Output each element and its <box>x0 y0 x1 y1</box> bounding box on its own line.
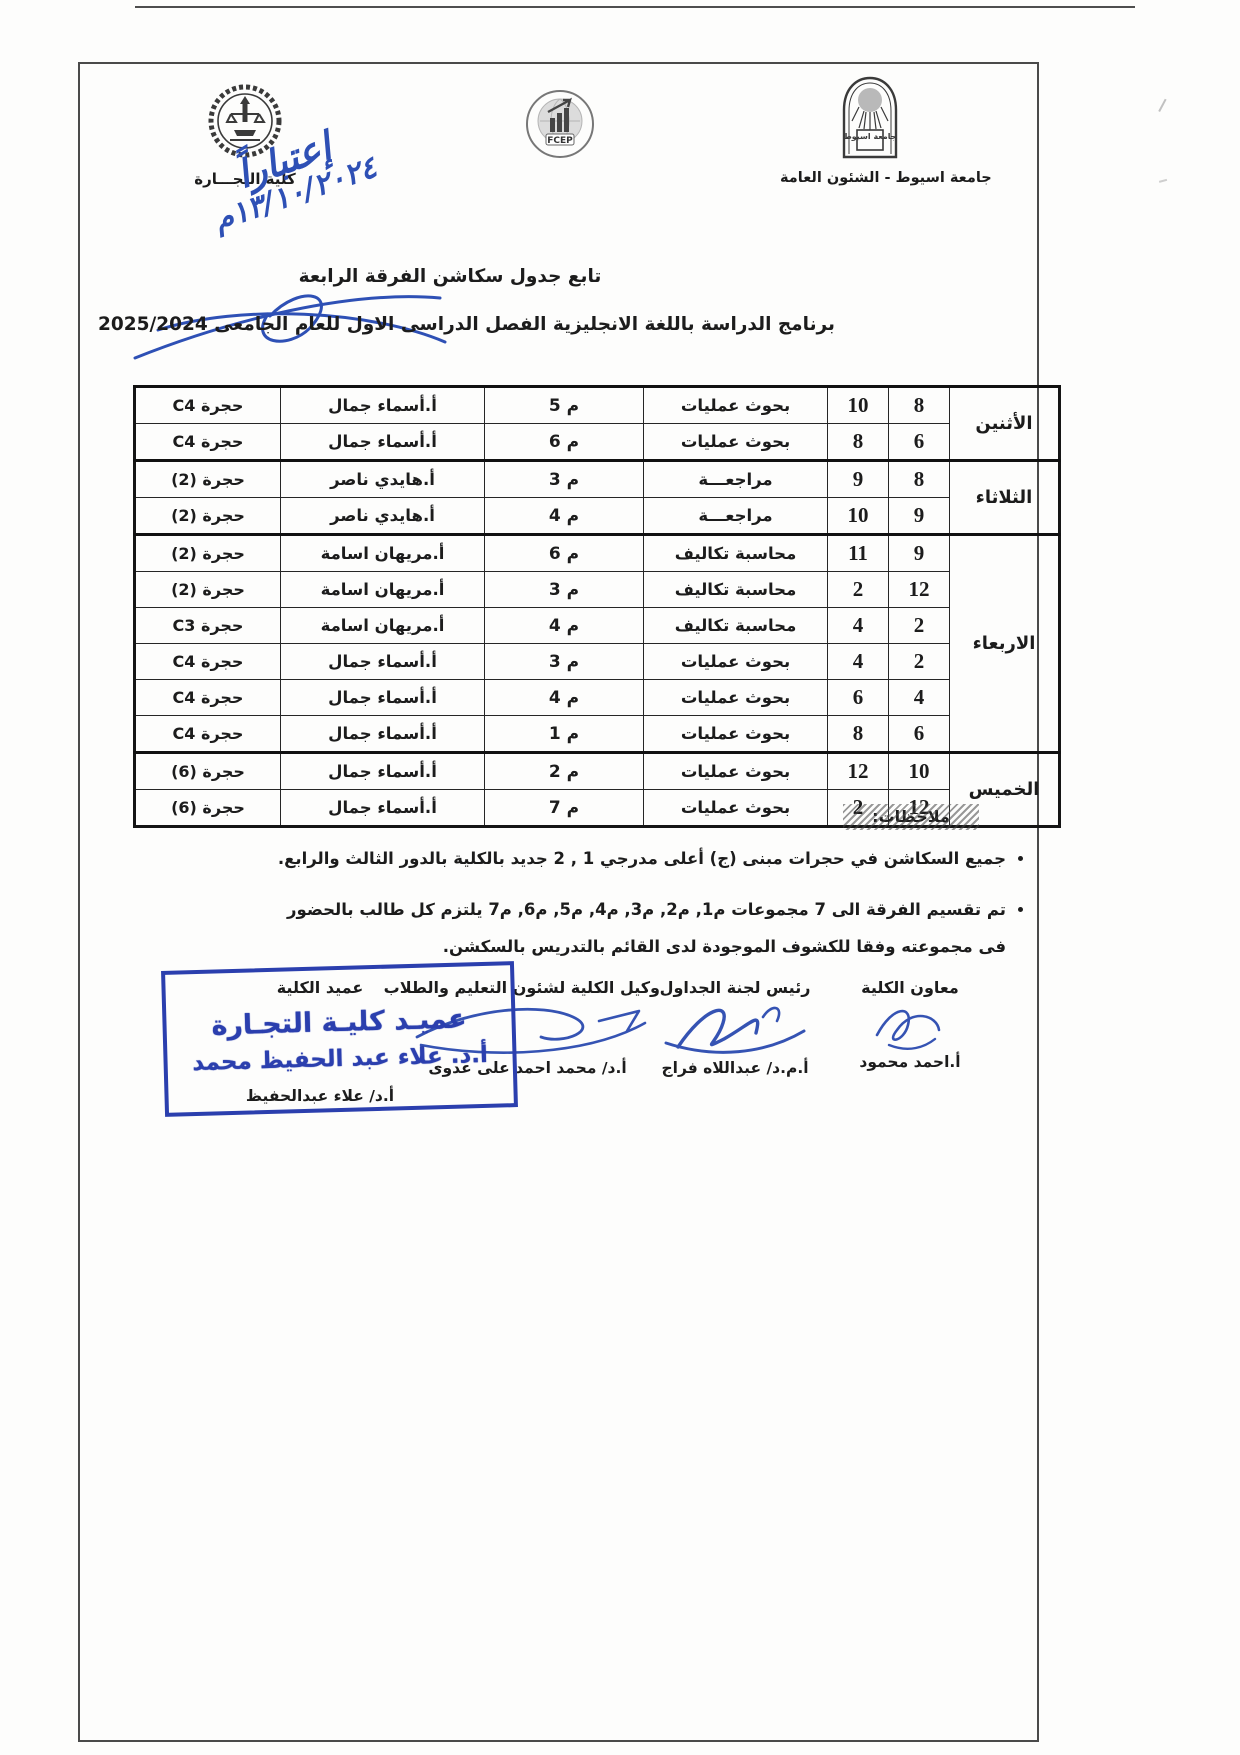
room-cell: حجرة C4 <box>135 387 281 424</box>
schedule-row: 68بحوث عملياتم 1أ.أسماء جمالحجرة C4 <box>135 716 1060 753</box>
stamp-line2: أ.د. علاء عبد الحفيظ محمد <box>192 1041 488 1075</box>
signature-ink <box>660 999 810 1057</box>
instructor-cell: أ.أسماء جمال <box>281 680 485 716</box>
to-cell: 10 <box>828 498 889 535</box>
schedule-row: الاربعاء911محاسبة تكاليفم 6أ.مريهان اسام… <box>135 535 1060 572</box>
room-cell: حجرة C4 <box>135 680 281 716</box>
to-cell: 8 <box>828 424 889 461</box>
instructor-cell: أ.مريهان اسامة <box>281 572 485 608</box>
to-cell: 2 <box>828 572 889 608</box>
from-cell: 6 <box>889 716 950 753</box>
subject-cell: بحوث عمليات <box>644 644 828 680</box>
schedule-row: 910مراجعـــةم 4أ.هايدي ناصرحجرة (2) <box>135 498 1060 535</box>
from-cell: 2 <box>889 644 950 680</box>
subject-cell: بحوث عمليات <box>644 753 828 790</box>
room-cell: حجرة C4 <box>135 424 281 461</box>
instructor-cell: أ.أسماء جمال <box>281 753 485 790</box>
day-cell: الأثنين <box>950 387 1060 461</box>
from-cell: 9 <box>889 498 950 535</box>
scanned-schedule-page: كلية التجـــارة FCEP جامع <box>0 0 1240 1755</box>
scan-artifact <box>1149 94 1166 112</box>
from-cell: 8 <box>889 387 950 424</box>
subject-cell: مراجعـــة <box>644 461 828 498</box>
signature-ink <box>865 999 955 1051</box>
notes-list: جميع السكاشن في حجرات مبنى (ج) أعلى مدرج… <box>268 840 1028 979</box>
assiut-university-logo: جامعة اسيوط جامعة اسيوط - الشئون العامة <box>780 74 960 186</box>
room-cell: حجرة (2) <box>135 535 281 572</box>
to-cell: 11 <box>828 535 889 572</box>
instructor-cell: أ.أسماء جمال <box>281 644 485 680</box>
room-cell: حجرة (6) <box>135 753 281 790</box>
from-cell: 4 <box>889 680 950 716</box>
subject-cell: بحوث عمليات <box>644 716 828 753</box>
dean-stamp: عميـد كليـة التجـارة أ.د. علاء عبد الحفي… <box>161 961 518 1117</box>
instructor-cell: أ.أسماء جمال <box>281 790 485 827</box>
schedule-row: 68بحوث عملياتم 6أ.أسماء جمالحجرة C4 <box>135 424 1060 461</box>
room-cell: حجرة C4 <box>135 644 281 680</box>
group-cell: م 1 <box>485 716 644 753</box>
room-cell: حجرة (2) <box>135 461 281 498</box>
subject-cell: بحوث عمليات <box>644 424 828 461</box>
instructor-cell: أ.مريهان اسامة <box>281 608 485 644</box>
notes-label-hatched: ملاحظات: <box>843 804 979 830</box>
signature-block-assistant: معاون الكلية أ.احمد محمود <box>835 978 985 1071</box>
room-cell: حجرة C3 <box>135 608 281 644</box>
group-cell: م 4 <box>485 498 644 535</box>
from-cell: 6 <box>889 424 950 461</box>
schedule-row: الثلاثاء89مراجعـــةم 3أ.هايدي ناصرحجرة (… <box>135 461 1060 498</box>
signature-block-schedules-head: رئيس لجنة الجداول أ.م.د/ عبداللاه فراج <box>650 978 820 1077</box>
instructor-cell: أ.هايدي ناصر <box>281 461 485 498</box>
fcep-logo-icon: FCEP <box>524 88 596 160</box>
to-cell: 8 <box>828 716 889 753</box>
schedule-row: 24محاسبة تكاليفم 4أ.مريهان اسامةحجرة C3 <box>135 608 1060 644</box>
schedule-row: 24بحوث عملياتم 3أ.أسماء جمالحجرة C4 <box>135 644 1060 680</box>
subject-cell: بحوث عمليات <box>644 680 828 716</box>
assiut-logo-icon: جامعة اسيوط <box>839 74 901 160</box>
to-cell: 4 <box>828 644 889 680</box>
room-cell: حجرة (2) <box>135 498 281 535</box>
signature-title: معاون الكلية <box>835 978 985 997</box>
instructor-cell: أ.أسماء جمال <box>281 424 485 461</box>
room-cell: حجرة (6) <box>135 790 281 827</box>
to-cell: 10 <box>828 387 889 424</box>
instructor-cell: أ.أسماء جمال <box>281 387 485 424</box>
to-cell: 4 <box>828 608 889 644</box>
assiut-logo-inner-text: جامعة اسيوط <box>843 132 896 141</box>
group-cell: م 3 <box>485 572 644 608</box>
from-cell: 8 <box>889 461 950 498</box>
schedule-row: 122محاسبة تكاليفم 3أ.مريهان اسامةحجرة (2… <box>135 572 1060 608</box>
faculty-seal-icon <box>206 82 284 160</box>
stamp-line1: عميـد كليـة التجـارة <box>211 1003 467 1041</box>
schedule-subtitle: برنامج الدراسة باللغة الانجليزية الفصل ا… <box>205 314 835 335</box>
university-caption: جامعة اسيوط - الشئون العامة <box>780 170 960 186</box>
group-cell: م 6 <box>485 424 644 461</box>
group-cell: م 5 <box>485 387 644 424</box>
from-cell: 9 <box>889 535 950 572</box>
schedule-title: تابع جدول سكاشن الفرقة الرابعة <box>230 266 670 287</box>
faculty-of-commerce-seal: كلية التجـــارة <box>185 82 305 188</box>
note-item: تم تقسيم الفرقة الى 7 مجموعات م1, م2, م3… <box>268 891 1006 965</box>
schedule-row: 46بحوث عملياتم 4أ.أسماء جمالحجرة C4 <box>135 680 1060 716</box>
group-cell: م 2 <box>485 753 644 790</box>
room-cell: حجرة (2) <box>135 572 281 608</box>
subject-cell: مراجعـــة <box>644 498 828 535</box>
from-cell: 12 <box>889 572 950 608</box>
group-cell: م 7 <box>485 790 644 827</box>
subject-cell: محاسبة تكاليف <box>644 572 828 608</box>
group-cell: م 4 <box>485 680 644 716</box>
from-cell: 10 <box>889 753 950 790</box>
instructor-cell: أ.مريهان اسامة <box>281 535 485 572</box>
fcep-logo: FCEP <box>505 88 615 164</box>
subject-cell: بحوث عمليات <box>644 790 828 827</box>
note-item: جميع السكاشن في حجرات مبنى (ج) أعلى مدرج… <box>268 840 1006 877</box>
to-cell: 12 <box>828 753 889 790</box>
subject-cell: محاسبة تكاليف <box>644 535 828 572</box>
faculty-caption: كلية التجـــارة <box>185 170 305 188</box>
group-cell: م 3 <box>485 644 644 680</box>
scan-artifact <box>1157 171 1167 183</box>
scan-top-edge <box>135 6 1135 8</box>
subject-cell: محاسبة تكاليف <box>644 608 828 644</box>
signature-name: أ.م.د/ عبداللاه فراج <box>650 1059 820 1077</box>
subject-cell: بحوث عمليات <box>644 387 828 424</box>
group-cell: م 3 <box>485 461 644 498</box>
day-cell: الثلاثاء <box>950 461 1060 535</box>
day-cell: الاربعاء <box>950 535 1060 753</box>
instructor-cell: أ.أسماء جمال <box>281 716 485 753</box>
schedule-row: الخميس1012بحوث عملياتم 2أ.أسماء جمالحجرة… <box>135 753 1060 790</box>
to-cell: 9 <box>828 461 889 498</box>
group-cell: م 6 <box>485 535 644 572</box>
fcep-text: FCEP <box>547 136 573 146</box>
schedule-row: الأثنين810بحوث عملياتم 5أ.أسماء جمالحجرة… <box>135 387 1060 424</box>
signature-name: أ.احمد محمود <box>835 1053 985 1071</box>
schedule-table: الأثنين810بحوث عملياتم 5أ.أسماء جمالحجرة… <box>133 385 1061 828</box>
from-cell: 2 <box>889 608 950 644</box>
group-cell: م 4 <box>485 608 644 644</box>
instructor-cell: أ.هايدي ناصر <box>281 498 485 535</box>
room-cell: حجرة C4 <box>135 716 281 753</box>
to-cell: 6 <box>828 680 889 716</box>
signature-title: رئيس لجنة الجداول <box>650 978 820 997</box>
